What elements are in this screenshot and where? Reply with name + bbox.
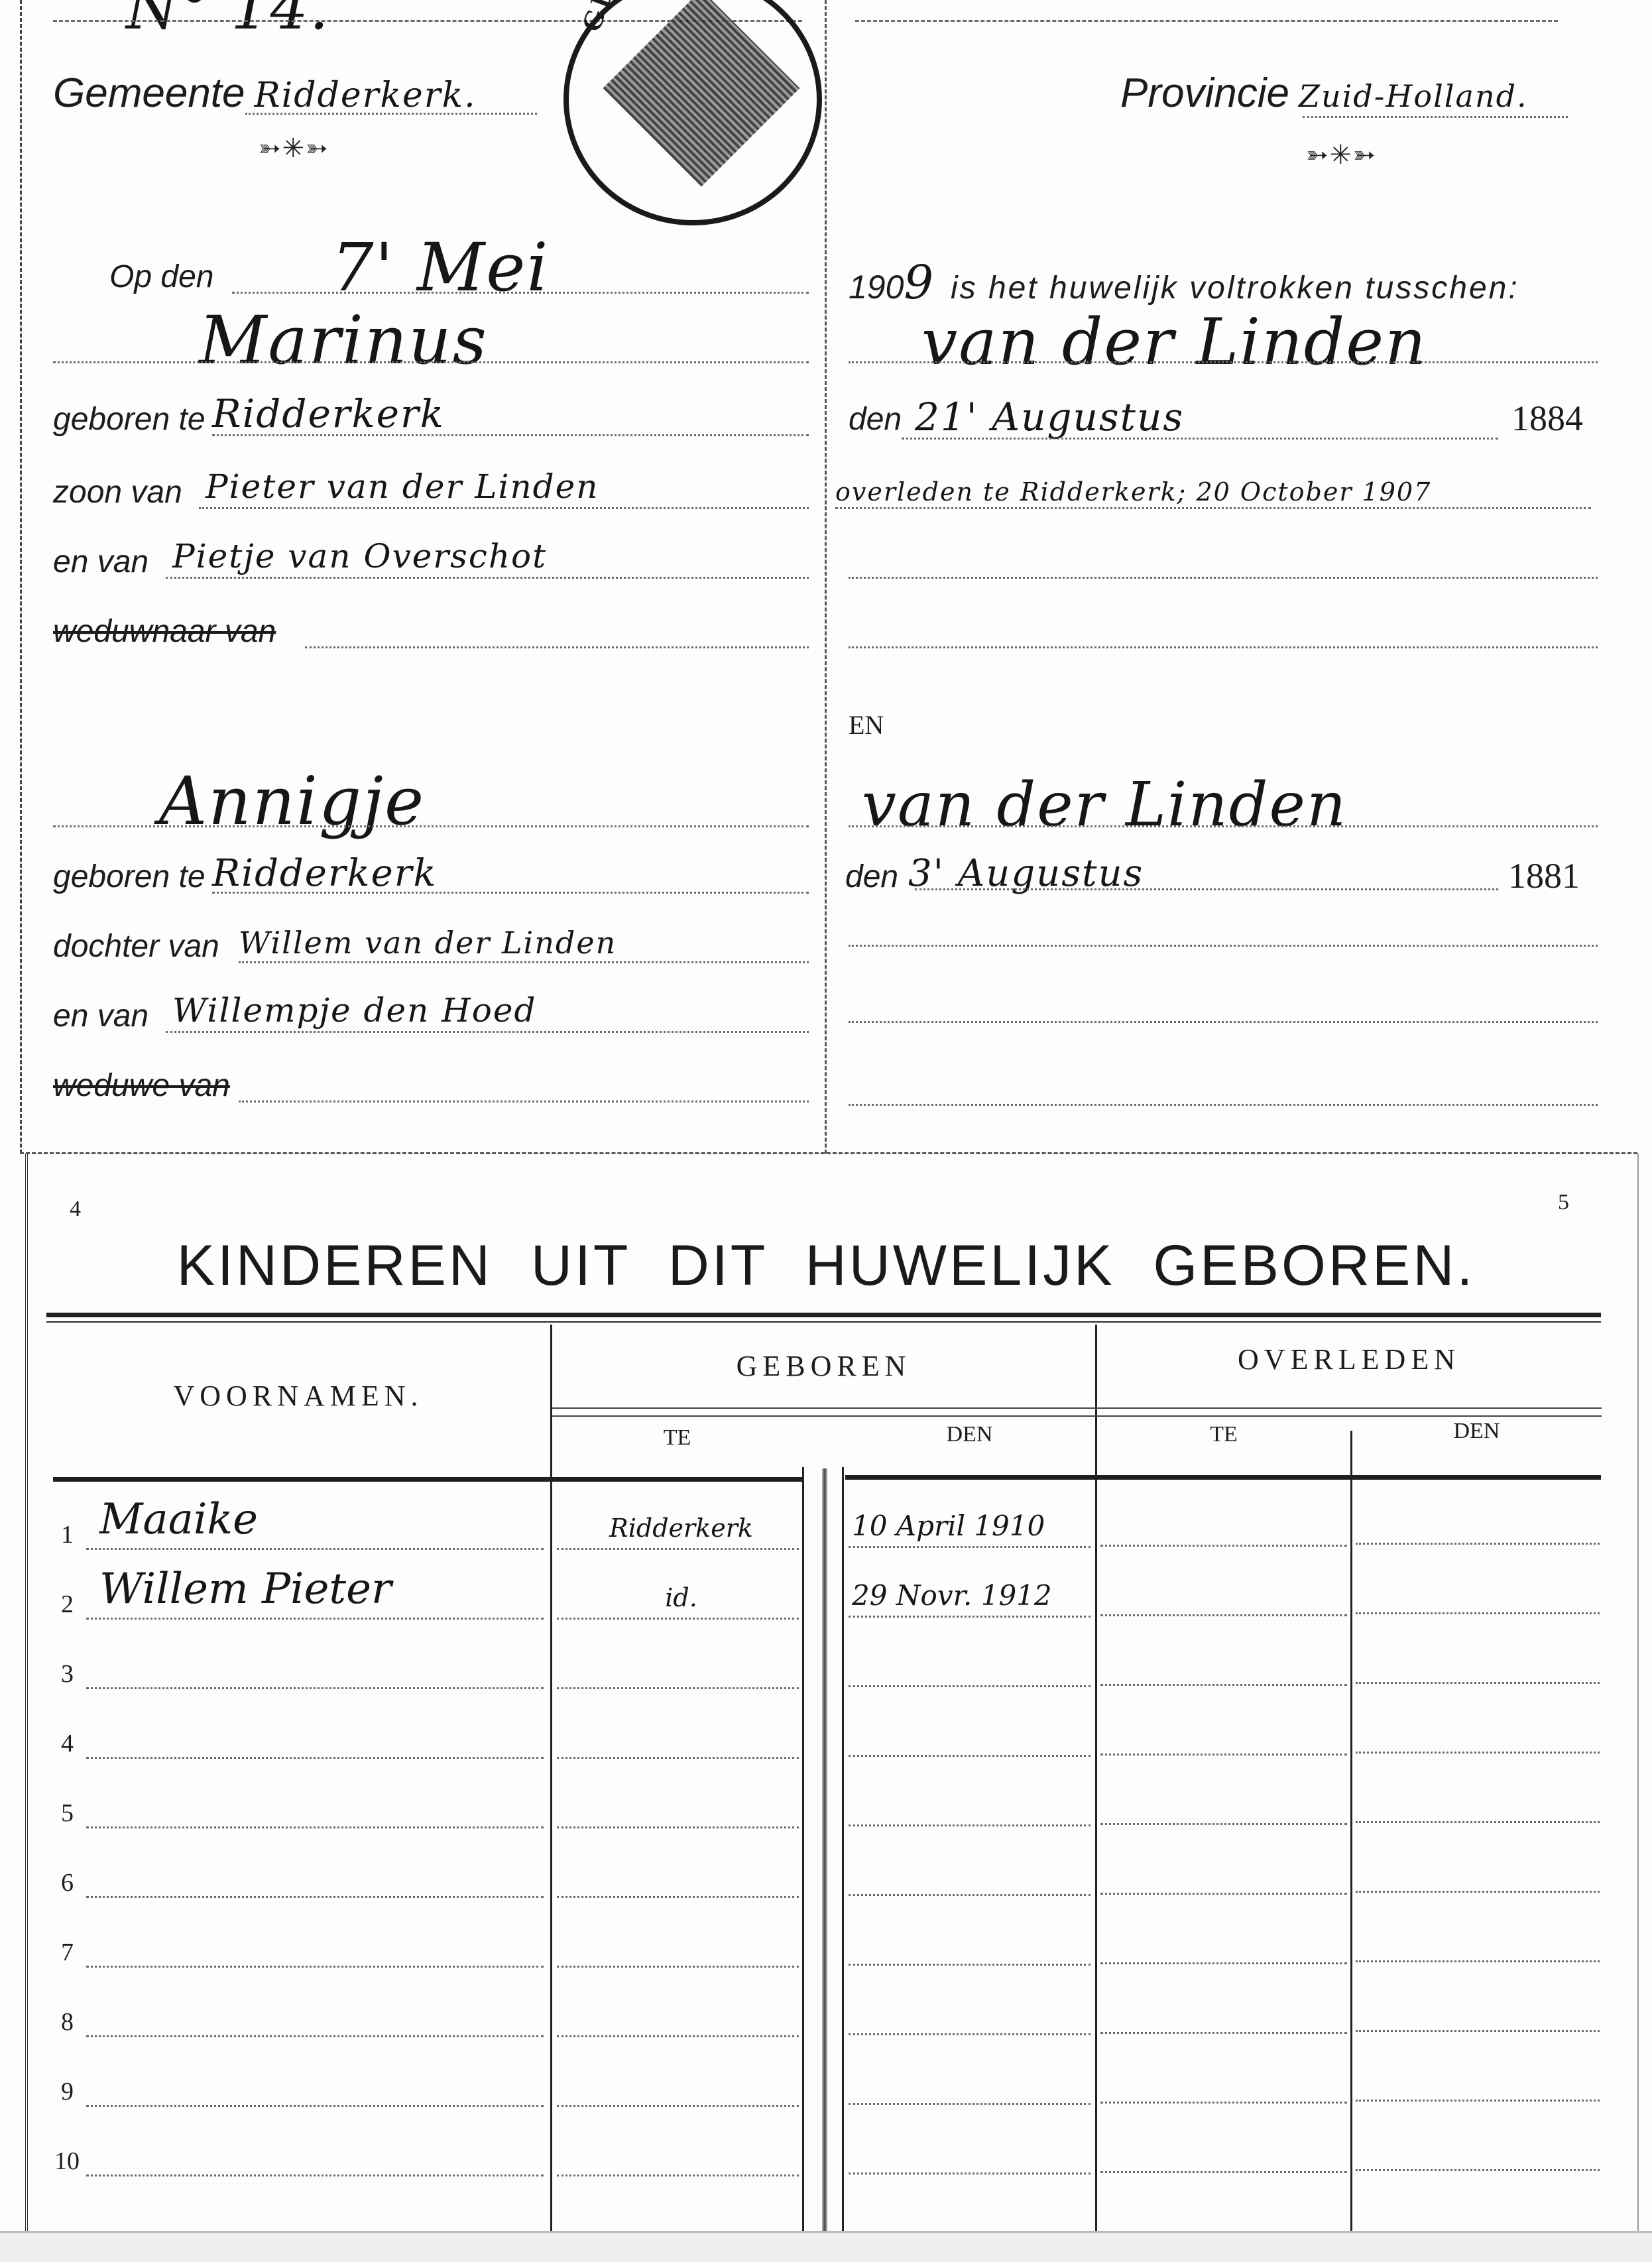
cell-voornamen: Maaike <box>99 1495 258 1544</box>
row-number: 7 <box>61 1938 74 1967</box>
provincie-label: Provincie <box>1120 70 1289 116</box>
row-line-geboren-te <box>557 1687 799 1689</box>
row-line-overleden-te <box>1100 1614 1347 1616</box>
binding-seam <box>822 1468 827 2234</box>
page-number-left: 4 <box>70 1197 81 1222</box>
row-number: 1 <box>61 1520 74 1549</box>
header-overleden-den: DEN <box>1352 1419 1601 1444</box>
municipal-seal-stamp: GEMEENTE RIDDERKERK <box>563 0 822 225</box>
row-line-overleden-den <box>1356 1752 1600 1754</box>
header-voornamen: VOORNAMEN. <box>46 1379 550 1413</box>
bride-mother: Willempje den Hoed <box>172 991 536 1030</box>
row-line-overleden-te <box>1100 2032 1347 2034</box>
marriage-year-suffix: 9 <box>904 255 935 310</box>
row-line-geboren-te <box>557 1826 799 1828</box>
col-divider-geboren-den <box>842 1467 844 2234</box>
group-subrule-2 <box>552 1415 1602 1417</box>
row-line-overleden-te <box>1100 1684 1347 1686</box>
marriage-year-field: 1909 is het huwelijk voltrokken tusschen… <box>849 255 1519 310</box>
marriage-record-sheet: N° 14. GEMEENTE RIDDERKERK Gemeente Ridd… <box>0 0 1652 1154</box>
groom-surname: van der Linden <box>921 305 1427 379</box>
row-line-overleden-te <box>1100 2102 1347 2104</box>
bride-birthdate-line <box>915 888 1498 890</box>
bride-extra-line-2 <box>849 1021 1598 1023</box>
row-line-overleden-den <box>1356 1891 1600 1893</box>
provincie-value: Zuid-Holland. <box>1299 78 1528 114</box>
groom-given-name: Marinus <box>199 302 488 379</box>
groom-father-line <box>199 507 809 509</box>
row-line-geboren-te <box>557 2105 799 2107</box>
row-line-voornamen <box>86 1548 544 1550</box>
groom-birthplace: Ridderkerk <box>212 391 445 436</box>
row-line-voornamen <box>86 1896 544 1898</box>
col-divider-overleden-den <box>1350 1431 1352 2234</box>
row-line-geboren-te <box>557 1966 799 1968</box>
marriage-year-prefix: 190 <box>849 268 904 306</box>
row-line-overleden-den <box>1356 1821 1600 1823</box>
row-number: 2 <box>61 1590 74 1619</box>
provincie-line <box>1303 116 1568 118</box>
row-line-overleden-den <box>1356 1543 1600 1545</box>
groom-surname-line <box>849 361 1598 363</box>
ornament-right: ➳✳➳ <box>1306 139 1377 170</box>
groom-extra-line-1 <box>849 577 1598 579</box>
row-line-voornamen <box>86 2105 544 2107</box>
groom-birthplace-line <box>212 434 809 436</box>
marriage-date-label: Op den <box>109 259 213 295</box>
bride-birth-year: 1881 <box>1508 855 1580 896</box>
row-line-voornamen <box>86 2035 544 2037</box>
row-line-geboren-den <box>849 1894 1091 1896</box>
row-line-voornamen <box>86 1757 544 1759</box>
row-line-geboren-den <box>849 2173 1091 2174</box>
group-subrule-1 <box>552 1407 1602 1409</box>
groom-widower-line <box>305 646 809 648</box>
provincie-field: Provincie Zuid-Holland. <box>1120 70 1528 117</box>
record-number-line-right <box>855 20 1558 22</box>
header-geboren-den: DEN <box>844 1422 1095 1447</box>
row-line-overleden-te <box>1100 1754 1347 1756</box>
bride-surname-line <box>849 825 1598 827</box>
groom-mother: Pietje van Overschot <box>172 537 547 575</box>
row-line-overleden-te <box>1100 1823 1347 1825</box>
groom-birthdate-label: den <box>849 401 902 438</box>
marriage-date-line <box>232 292 809 294</box>
coat-of-arms-icon <box>603 0 800 186</box>
row-number: 6 <box>61 1868 74 1897</box>
gemeente-field: Gemeente Ridderkerk. <box>53 70 477 117</box>
row-number: 5 <box>61 1799 74 1828</box>
row-line-overleden-den <box>1356 1960 1600 1962</box>
bride-birthplace-line <box>212 892 809 894</box>
row-number: 8 <box>61 2007 74 2037</box>
gemeente-value: Ridderkerk. <box>255 76 477 115</box>
row-line-overleden-te <box>1100 1962 1347 1964</box>
bride-name-line <box>53 825 809 827</box>
scan-bottom-edge <box>0 2231 1652 2262</box>
bride-widow-line <box>239 1101 809 1102</box>
row-line-voornamen <box>86 1966 544 1968</box>
groom-father: Pieter van der Linden <box>206 467 599 506</box>
cell-geboren-den: 29 Novr. 1912 <box>852 1579 1052 1612</box>
row-line-overleden-den <box>1356 1682 1600 1684</box>
row-line-overleden-den <box>1356 2169 1600 2171</box>
header-rule-top-thin <box>46 1321 1601 1323</box>
sheet-center-fold <box>825 0 827 1154</box>
groom-widower-label: weduwnaar van <box>53 613 276 650</box>
bride-extra-line-3 <box>849 1104 1598 1106</box>
bride-widow-label: weduwe van <box>53 1067 230 1104</box>
groom-father-death-note: overleden te Ridderkerk; 20 October 1907 <box>835 477 1431 506</box>
groom-birthdate: 21' Augustus <box>915 394 1184 440</box>
row-line-geboren-te <box>557 2035 799 2037</box>
bride-given-name: Annigje <box>159 762 425 840</box>
groom-mother-label: en van <box>53 544 148 580</box>
groom-name-line <box>53 361 809 363</box>
gemeente-label: Gemeente <box>53 70 245 116</box>
row-line-geboren-den <box>849 2103 1091 2105</box>
bride-birthdate-label: den <box>845 859 898 895</box>
row-line-voornamen <box>86 1618 544 1620</box>
marriage-day-month: 7' Mei <box>331 229 549 306</box>
groom-father-label: zoon van <box>53 474 182 510</box>
header-geboren-te: TE <box>552 1425 802 1451</box>
groom-extra-line-2 <box>849 646 1598 648</box>
groom-birthdate-line <box>902 438 1498 440</box>
cell-voornamen: Willem Pieter <box>99 1565 392 1614</box>
groom-mother-line <box>166 577 809 579</box>
row-line-geboren-te <box>557 1757 799 1759</box>
row-line-overleden-den <box>1356 2030 1600 2032</box>
row-line-overleden-te <box>1100 1893 1347 1895</box>
row-line-geboren-den <box>849 1616 1091 1618</box>
header-rule-bottom-left <box>53 1477 802 1482</box>
header-rule-bottom-right <box>845 1475 1601 1480</box>
sheet-left-border <box>25 1154 28 2235</box>
col-divider-voornamen <box>550 1325 552 2234</box>
cell-geboren-den: 10 April 1910 <box>852 1510 1045 1542</box>
row-line-geboren-den <box>849 1685 1091 1687</box>
groom-father-note-line <box>835 507 1591 509</box>
header-rule-top <box>46 1313 1601 1317</box>
bride-father-line <box>239 961 809 963</box>
bride-birthplace: Ridderkerk <box>212 852 437 895</box>
conjunction-en: EN <box>849 709 884 741</box>
header-geboren: GEBOREN <box>552 1349 1095 1383</box>
row-line-overleden-te <box>1100 1545 1347 1547</box>
row-line-voornamen <box>86 2174 544 2176</box>
bride-birthplace-label: geboren te <box>53 859 206 895</box>
row-line-geboren-te <box>557 1896 799 1898</box>
row-number: 4 <box>61 1729 74 1758</box>
bride-father-label: dochter van <box>53 928 219 965</box>
sheet-right-edge <box>1637 1154 1639 2235</box>
gemeente-line <box>245 113 537 115</box>
row-line-geboren-den <box>849 1964 1091 1966</box>
register-title: KINDEREN UIT DIT HUWELIJK GEBOREN. <box>0 1233 1652 1299</box>
row-line-voornamen <box>86 1687 544 1689</box>
col-divider-overleden <box>1095 1325 1097 2234</box>
bride-mother-line <box>166 1031 809 1033</box>
header-overleden-te: TE <box>1097 1422 1350 1447</box>
row-line-geboren-den <box>849 2033 1091 2035</box>
cell-geboren-te: id. <box>563 1583 799 1612</box>
row-line-overleden-te <box>1100 2171 1347 2173</box>
children-register-sheet: 4 5 KINDEREN UIT DIT HUWELIJK GEBOREN. V… <box>0 1154 1652 2262</box>
sheet-left-border <box>20 0 22 1154</box>
row-line-overleden-den <box>1356 1612 1600 1614</box>
col-divider-geboren-te <box>802 1467 804 2234</box>
groom-birthplace-label: geboren te <box>53 401 206 438</box>
row-line-geboren-den <box>849 1755 1091 1757</box>
cell-geboren-te: Ridderkerk <box>563 1514 799 1543</box>
row-number: 10 <box>54 2147 80 2176</box>
row-line-geboren-den <box>849 1546 1091 1548</box>
row-line-geboren-den <box>849 1824 1091 1826</box>
header-overleden: OVERLEDEN <box>1097 1342 1601 1376</box>
row-line-geboren-te <box>557 1548 799 1550</box>
ornament-left: ➳✳➳ <box>259 133 329 164</box>
page-number-right: 5 <box>1558 1190 1569 1215</box>
bride-mother-label: en van <box>53 998 148 1034</box>
bride-father: Willem van der Linden <box>239 925 617 961</box>
row-number: 9 <box>61 2077 74 2106</box>
bride-extra-line-1 <box>849 945 1598 947</box>
bride-surname: van der Linden <box>862 769 1347 840</box>
row-number: 3 <box>61 1659 74 1689</box>
row-line-overleden-den <box>1356 2100 1600 2102</box>
row-line-geboren-te <box>557 1618 799 1620</box>
row-line-voornamen <box>86 1826 544 1828</box>
row-line-geboren-te <box>557 2174 799 2176</box>
groom-birth-year: 1884 <box>1511 398 1583 439</box>
marriage-statement: is het huwelijk voltrokken tusschen: <box>951 270 1519 306</box>
